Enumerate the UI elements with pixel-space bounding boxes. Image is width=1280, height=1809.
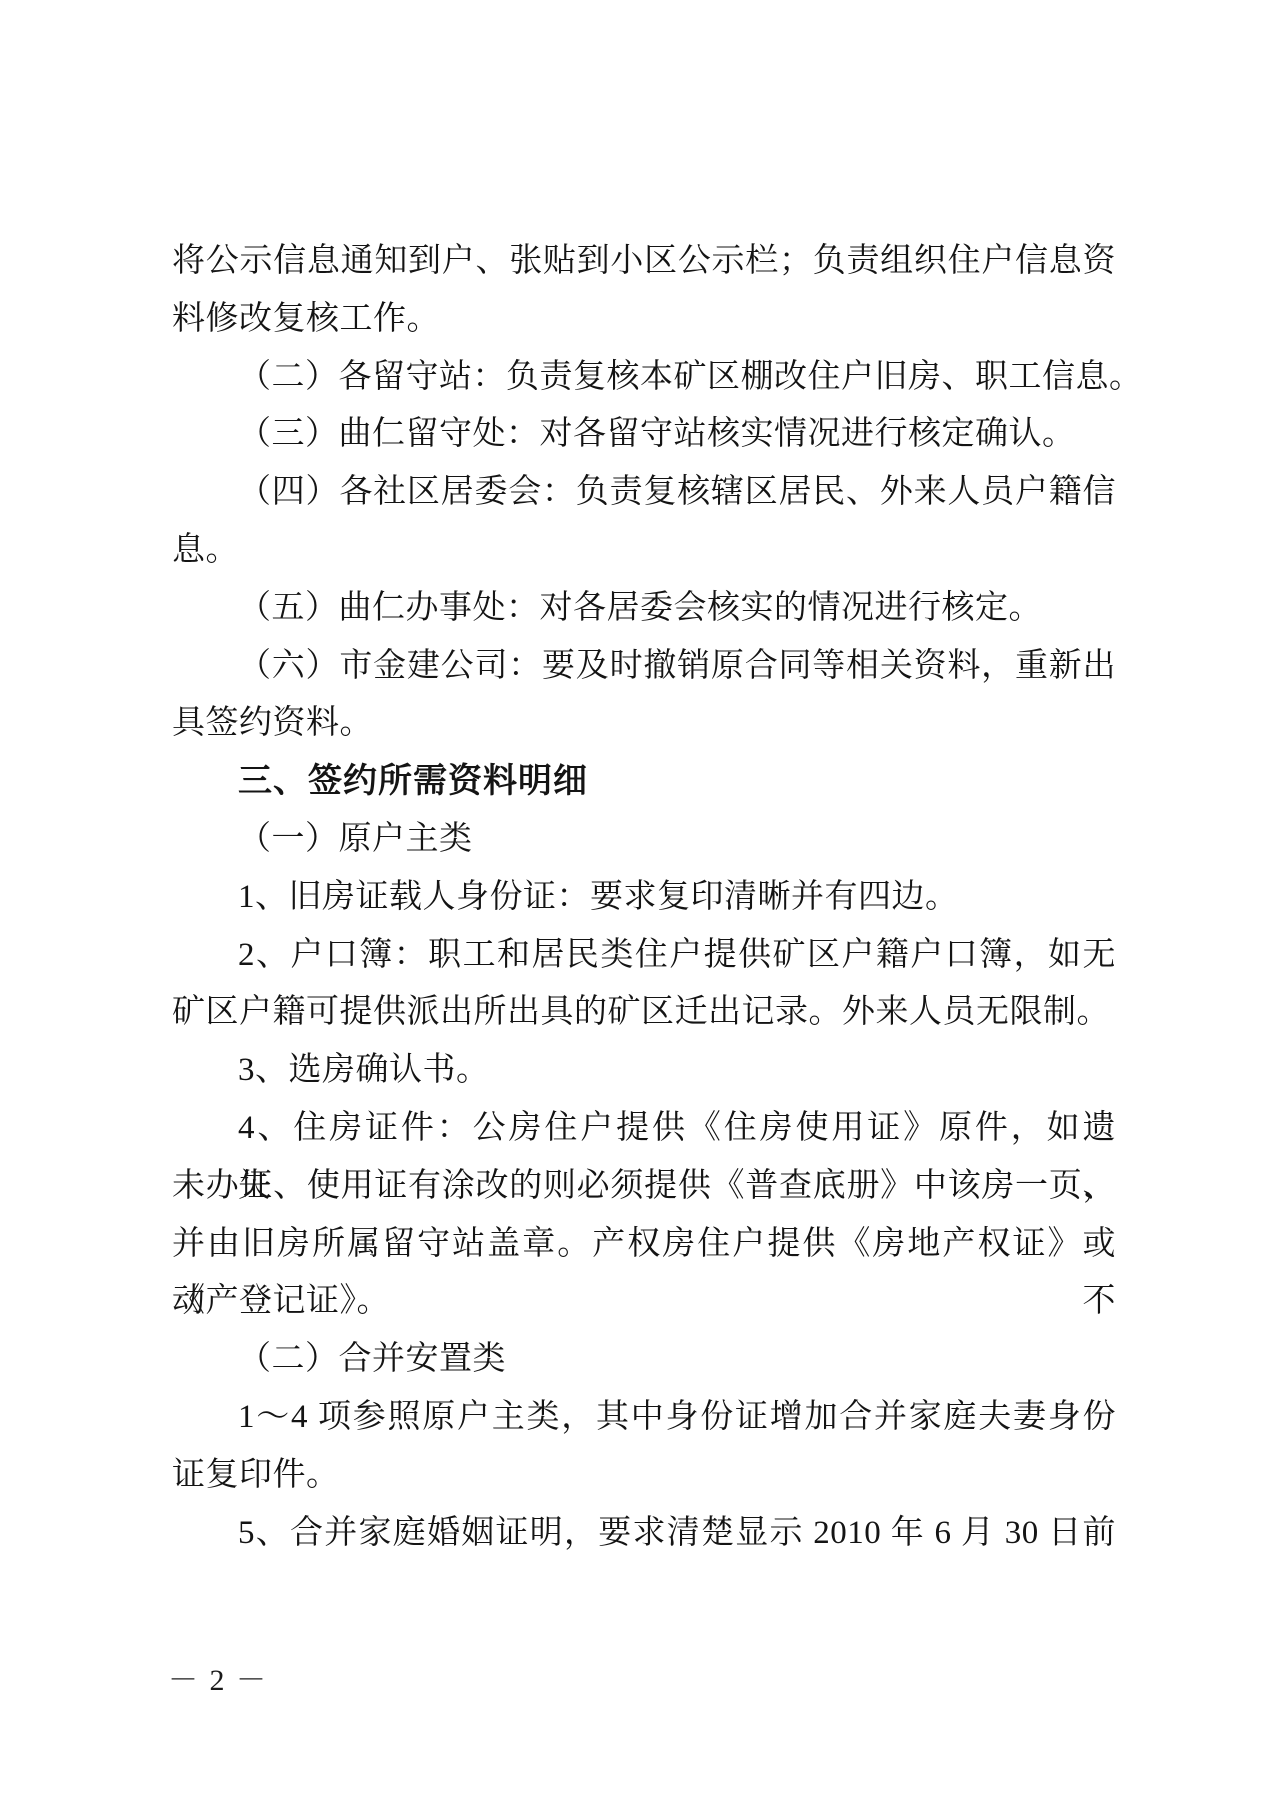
text-line: （二）合并安置类: [172, 1331, 1116, 1389]
page-number: － 2 －: [168, 1658, 268, 1704]
text-line: 并由旧房所属留守站盖章。产权房住户提供《房地产权证》或《不: [172, 1216, 1116, 1274]
text-line: 4、住房证件：公房住户提供《住房使用证》原件，如遗失、: [172, 1100, 1116, 1158]
text-line: （一）原户主类: [172, 811, 1116, 869]
text-line: （四）各社区居委会：负责复核辖区居民、外来人员户籍信: [172, 464, 1116, 522]
text-line: （二）各留守站：负责复核本矿区棚改住户旧房、职工信息。: [172, 349, 1116, 407]
text-line: 料修改复核工作。: [172, 291, 1116, 349]
document-body: 将公示信息通知到户、张贴到小区公示栏；负责组织住户信息资料修改复核工作。（二）各…: [172, 233, 1116, 1562]
document-page: 将公示信息通知到户、张贴到小区公示栏；负责组织住户信息资料修改复核工作。（二）各…: [0, 0, 1280, 1809]
section-heading: 三、签约所需资料明细: [172, 753, 1116, 811]
text-line: 矿区户籍可提供派出所出具的矿区迁出记录。外来人员无限制。: [172, 984, 1116, 1042]
text-line: 息。: [172, 522, 1116, 580]
text-line: （三）曲仁留守处：对各留守站核实情况进行核定确认。: [172, 406, 1116, 464]
text-line: 1、旧房证载人身份证：要求复印清晰并有四边。: [172, 869, 1116, 927]
text-line: 具签约资料。: [172, 695, 1116, 753]
text-line: 未办证、使用证有涂改的则必须提供《普查底册》中该房一页，: [172, 1158, 1116, 1216]
text-line: 5、合并家庭婚姻证明，要求清楚显示 2010 年 6 月 30 日前: [172, 1505, 1116, 1563]
text-line: （六）市金建公司：要及时撤销原合同等相关资料，重新出: [172, 638, 1116, 696]
text-line: 证复印件。: [172, 1447, 1116, 1505]
text-line: 1～4 项参照原户主类，其中身份证增加合并家庭夫妻身份: [172, 1389, 1116, 1447]
text-line: 2、户口簿：职工和居民类住户提供矿区户籍户口簿，如无: [172, 927, 1116, 985]
text-line: 将公示信息通知到户、张贴到小区公示栏；负责组织住户信息资: [172, 233, 1116, 291]
text-line: （五）曲仁办事处：对各居委会核实的情况进行核定。: [172, 580, 1116, 638]
text-line: 3、选房确认书。: [172, 1042, 1116, 1100]
